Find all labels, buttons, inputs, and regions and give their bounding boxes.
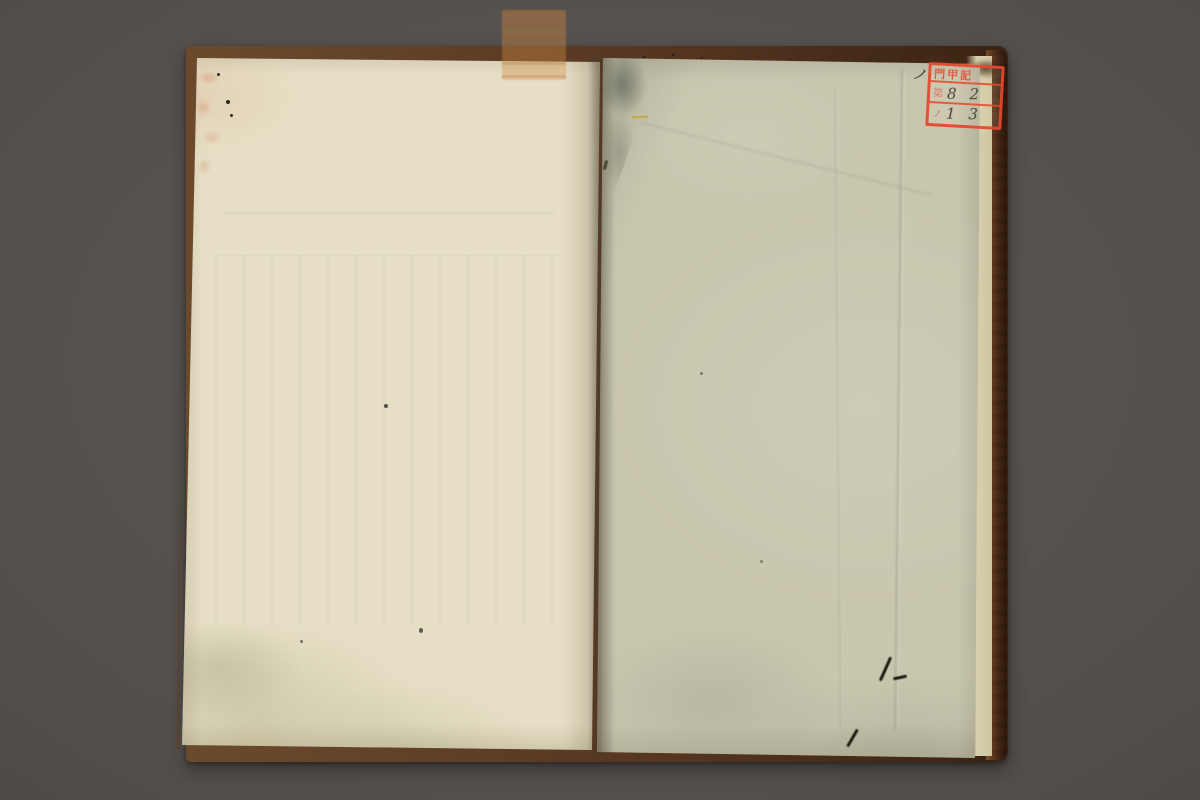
label-number-82: 8 2 xyxy=(947,84,983,103)
speck xyxy=(230,114,233,117)
label-row-prefix: ノ xyxy=(932,105,943,121)
left-cover-edge-line xyxy=(176,300,182,750)
top-edge-grit xyxy=(630,50,750,64)
label-number-row-2: ノ 1 3 xyxy=(929,103,1000,125)
ruled-columns-bleedthrough xyxy=(215,255,560,626)
gutter-shadow xyxy=(588,54,614,756)
label-row-prefix: 第 xyxy=(933,84,944,100)
speck xyxy=(760,560,763,563)
speck xyxy=(700,372,703,375)
label-header-text: 門甲記 xyxy=(934,65,974,83)
speck xyxy=(300,640,303,643)
speck xyxy=(226,100,230,104)
label-number-13: 1 3 xyxy=(946,105,982,124)
speck xyxy=(419,628,423,633)
ruled-line-bleedthrough xyxy=(225,212,555,214)
speck xyxy=(384,404,388,408)
title-slip xyxy=(502,10,566,80)
speck xyxy=(217,73,220,76)
photo-open-antique-book: 門甲記 第 8 2 ノ 1 3 ノ xyxy=(0,0,1200,800)
accession-stamp-label: 門甲記 第 8 2 ノ 1 3 xyxy=(925,62,1004,130)
handwritten-mark: ノ xyxy=(911,61,929,84)
red-seal-bleedthrough xyxy=(192,62,248,192)
